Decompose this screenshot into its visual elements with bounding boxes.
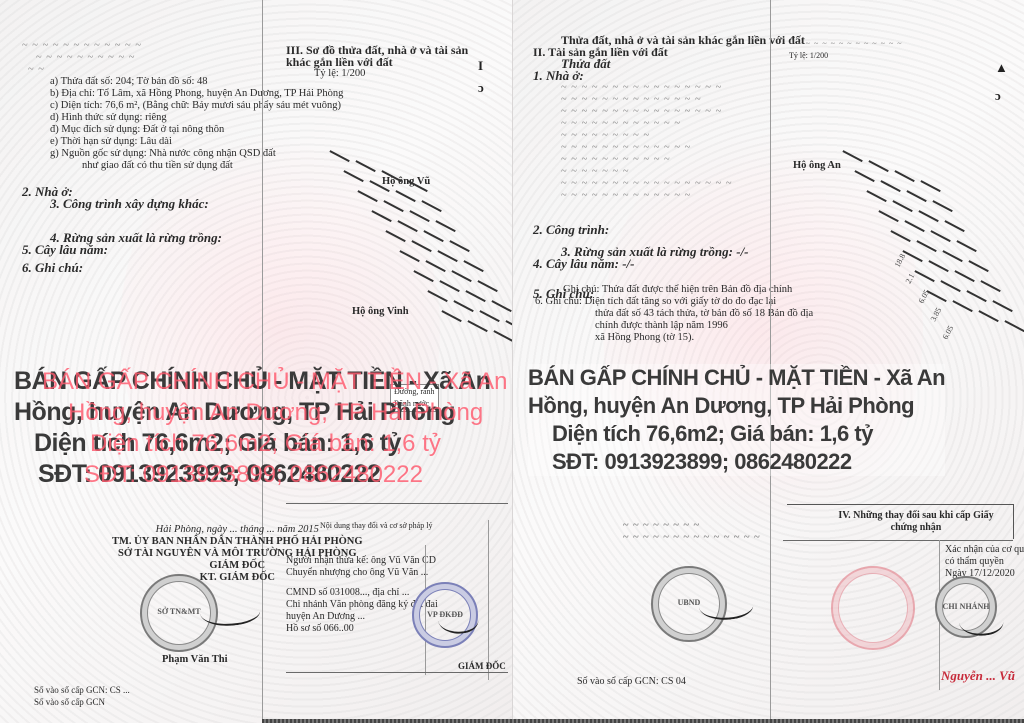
- parcel-boundary-line: [893, 200, 913, 212]
- parcel-boundary-line: [464, 260, 484, 272]
- parcel-boundary-line: [969, 260, 989, 272]
- parcel-boundary-line: [450, 240, 470, 252]
- parcel-boundary-line: [967, 290, 987, 302]
- dimension-label: 3.85: [929, 306, 944, 323]
- parcel-boundary-line: [957, 240, 977, 252]
- page-fold-line: [262, 0, 263, 723]
- parcel-boundary-line: [905, 220, 925, 232]
- neighbor-label-2: Hộ ông Vinh: [352, 306, 409, 318]
- transfer-box-header: Nội dung thay đổi và cơ sở pháp lý: [320, 520, 432, 532]
- scan-edge: [262, 719, 1024, 723]
- parcel-boundary-line: [478, 280, 498, 292]
- parcel-boundary-line: [492, 300, 512, 312]
- parcel-boundary-line: [919, 210, 939, 222]
- parcel-boundary-line: [452, 270, 472, 282]
- right-certificate-page: Thửa đất, nhà ở và tài sản khác gắn liền…: [513, 0, 1024, 723]
- parcel-boundary-line: [931, 230, 951, 242]
- ad-line-area-price: Diện tích 76,6m2; Giá bán: 1,6 tỷ: [42, 428, 507, 459]
- parcel-boundary-line: [941, 280, 961, 292]
- right-signing-block: ~ ~ ~ ~ ~ ~ ~ ~ ~ ~ ~ ~ ~ ~ ~ ~ ~ ~ ~ ~ …: [623, 520, 761, 544]
- right-footer: Số vào sổ cấp GCN: CS 04: [577, 676, 686, 688]
- parcel-boundary-line: [979, 310, 999, 322]
- right-section-text: Thửa đất, nhà ở và tài sản khác gắn liền…: [533, 34, 805, 300]
- parcel-boundary-line: [981, 280, 1001, 292]
- parcel-boundary-line: [468, 320, 488, 332]
- parcel-boundary-line: [442, 310, 462, 322]
- parcel-boundary-line: [466, 290, 486, 302]
- margin-mark: I: [478, 58, 483, 74]
- red-stamp: [831, 566, 915, 650]
- parcel-boundary-line: [943, 250, 963, 262]
- parcel-boundary-line: [895, 170, 915, 182]
- parcel-boundary-line: [881, 180, 901, 192]
- margin-mark: ▲: [995, 60, 1008, 76]
- parcel-boundary-line: [955, 270, 975, 282]
- parcel-boundary-line: [929, 260, 949, 272]
- parcel-boundary-line: [494, 330, 513, 342]
- margin-mark: ɔ: [478, 80, 484, 96]
- right-diagram-title: ~ ~ ~ ~ ~ ~ ~ ~ ~ ~ ~ ~ ~ ~ Tỷ lệ: 1/200: [789, 38, 903, 62]
- page-fold-line: [770, 0, 771, 723]
- parcel-boundary-line: [440, 280, 460, 292]
- parcel-boundary-line: [1005, 320, 1024, 332]
- right-neighbor-label: Hộ ông An: [793, 160, 841, 172]
- parcel-boundary-line: [917, 240, 937, 252]
- ad-line-title: BÁN GẤP CHÍNH CHỦ - MẶT TIỀN - Xã An: [42, 366, 507, 397]
- parcel-boundary-line: [953, 300, 973, 312]
- left-certificate-page: ~ ~ ~ ~ ~ ~ ~ ~ ~ ~ ~ ~ ~ ~ ~ ~ ~ ~ ~ ~ …: [0, 0, 513, 723]
- ad-line-address: Hồng, huyện An Dương, TP Hải Phòng: [42, 397, 507, 428]
- red-signature: Nguyễn ... Vũ: [941, 668, 1015, 684]
- diagram-title: III. Sơ đồ thửa đất, nhà ở và tài sản kh…: [286, 44, 486, 80]
- transfer-box-side-label: GIÁM ĐỐC: [458, 660, 506, 672]
- signer-name: Phạm Văn Thi: [162, 654, 228, 666]
- change-box-header: IV. Những thay đổi sau khi cấp Giấy chứn…: [831, 510, 1001, 534]
- sale-advertisement: BÁN GẤP CHÍNH CHỦ - MẶT TIỀN - Xã An Hồn…: [42, 366, 507, 490]
- section-six-heading: 6. Ghi chú:: [22, 262, 343, 274]
- change-box-side: Xác nhận của cơ quan có thẩm quyền Ngày …: [945, 544, 1024, 580]
- parcel-boundary-line: [422, 200, 442, 212]
- parcel-boundary-line: [907, 190, 927, 202]
- left-footer: Số vào sổ cấp GCN: CS ... Số vào sổ cấp …: [34, 684, 130, 708]
- parcel-boundary-line: [436, 220, 456, 232]
- margin-mark: ɔ: [995, 88, 1001, 104]
- section-three-heading: 3. Công trình xây dựng khác:: [22, 198, 343, 210]
- parcel-boundary-line: [480, 310, 500, 322]
- parcel-boundary-line: [454, 300, 474, 312]
- parcel-boundary-line: [869, 160, 889, 172]
- right-note-lines: Ghi chú: Thửa đất được thể hiện trên Bản…: [535, 284, 813, 344]
- scrambled-overlay-right: BÁN GẤP CHÍNH CHỦ - MẶT TIỀN - Xã An Hồn…: [528, 364, 945, 476]
- parcel-boundary-line: [945, 220, 965, 232]
- parcel-boundary-line: [993, 300, 1013, 312]
- parcel-boundary-line: [438, 250, 458, 262]
- parcel-boundary-line: [933, 200, 953, 212]
- ad-line-phone: SĐT: 0913923899; 0862480222: [42, 459, 507, 490]
- neighbor-label-1: Hộ ông Vũ: [382, 176, 430, 188]
- dimension-label: 6.05: [941, 324, 956, 341]
- section-five-heading: 5. Cây lâu năm:: [22, 244, 343, 256]
- parcel-boundary-line: [424, 230, 444, 242]
- parcel-boundary-line: [921, 180, 941, 192]
- parcel-boundary-line: [506, 320, 513, 332]
